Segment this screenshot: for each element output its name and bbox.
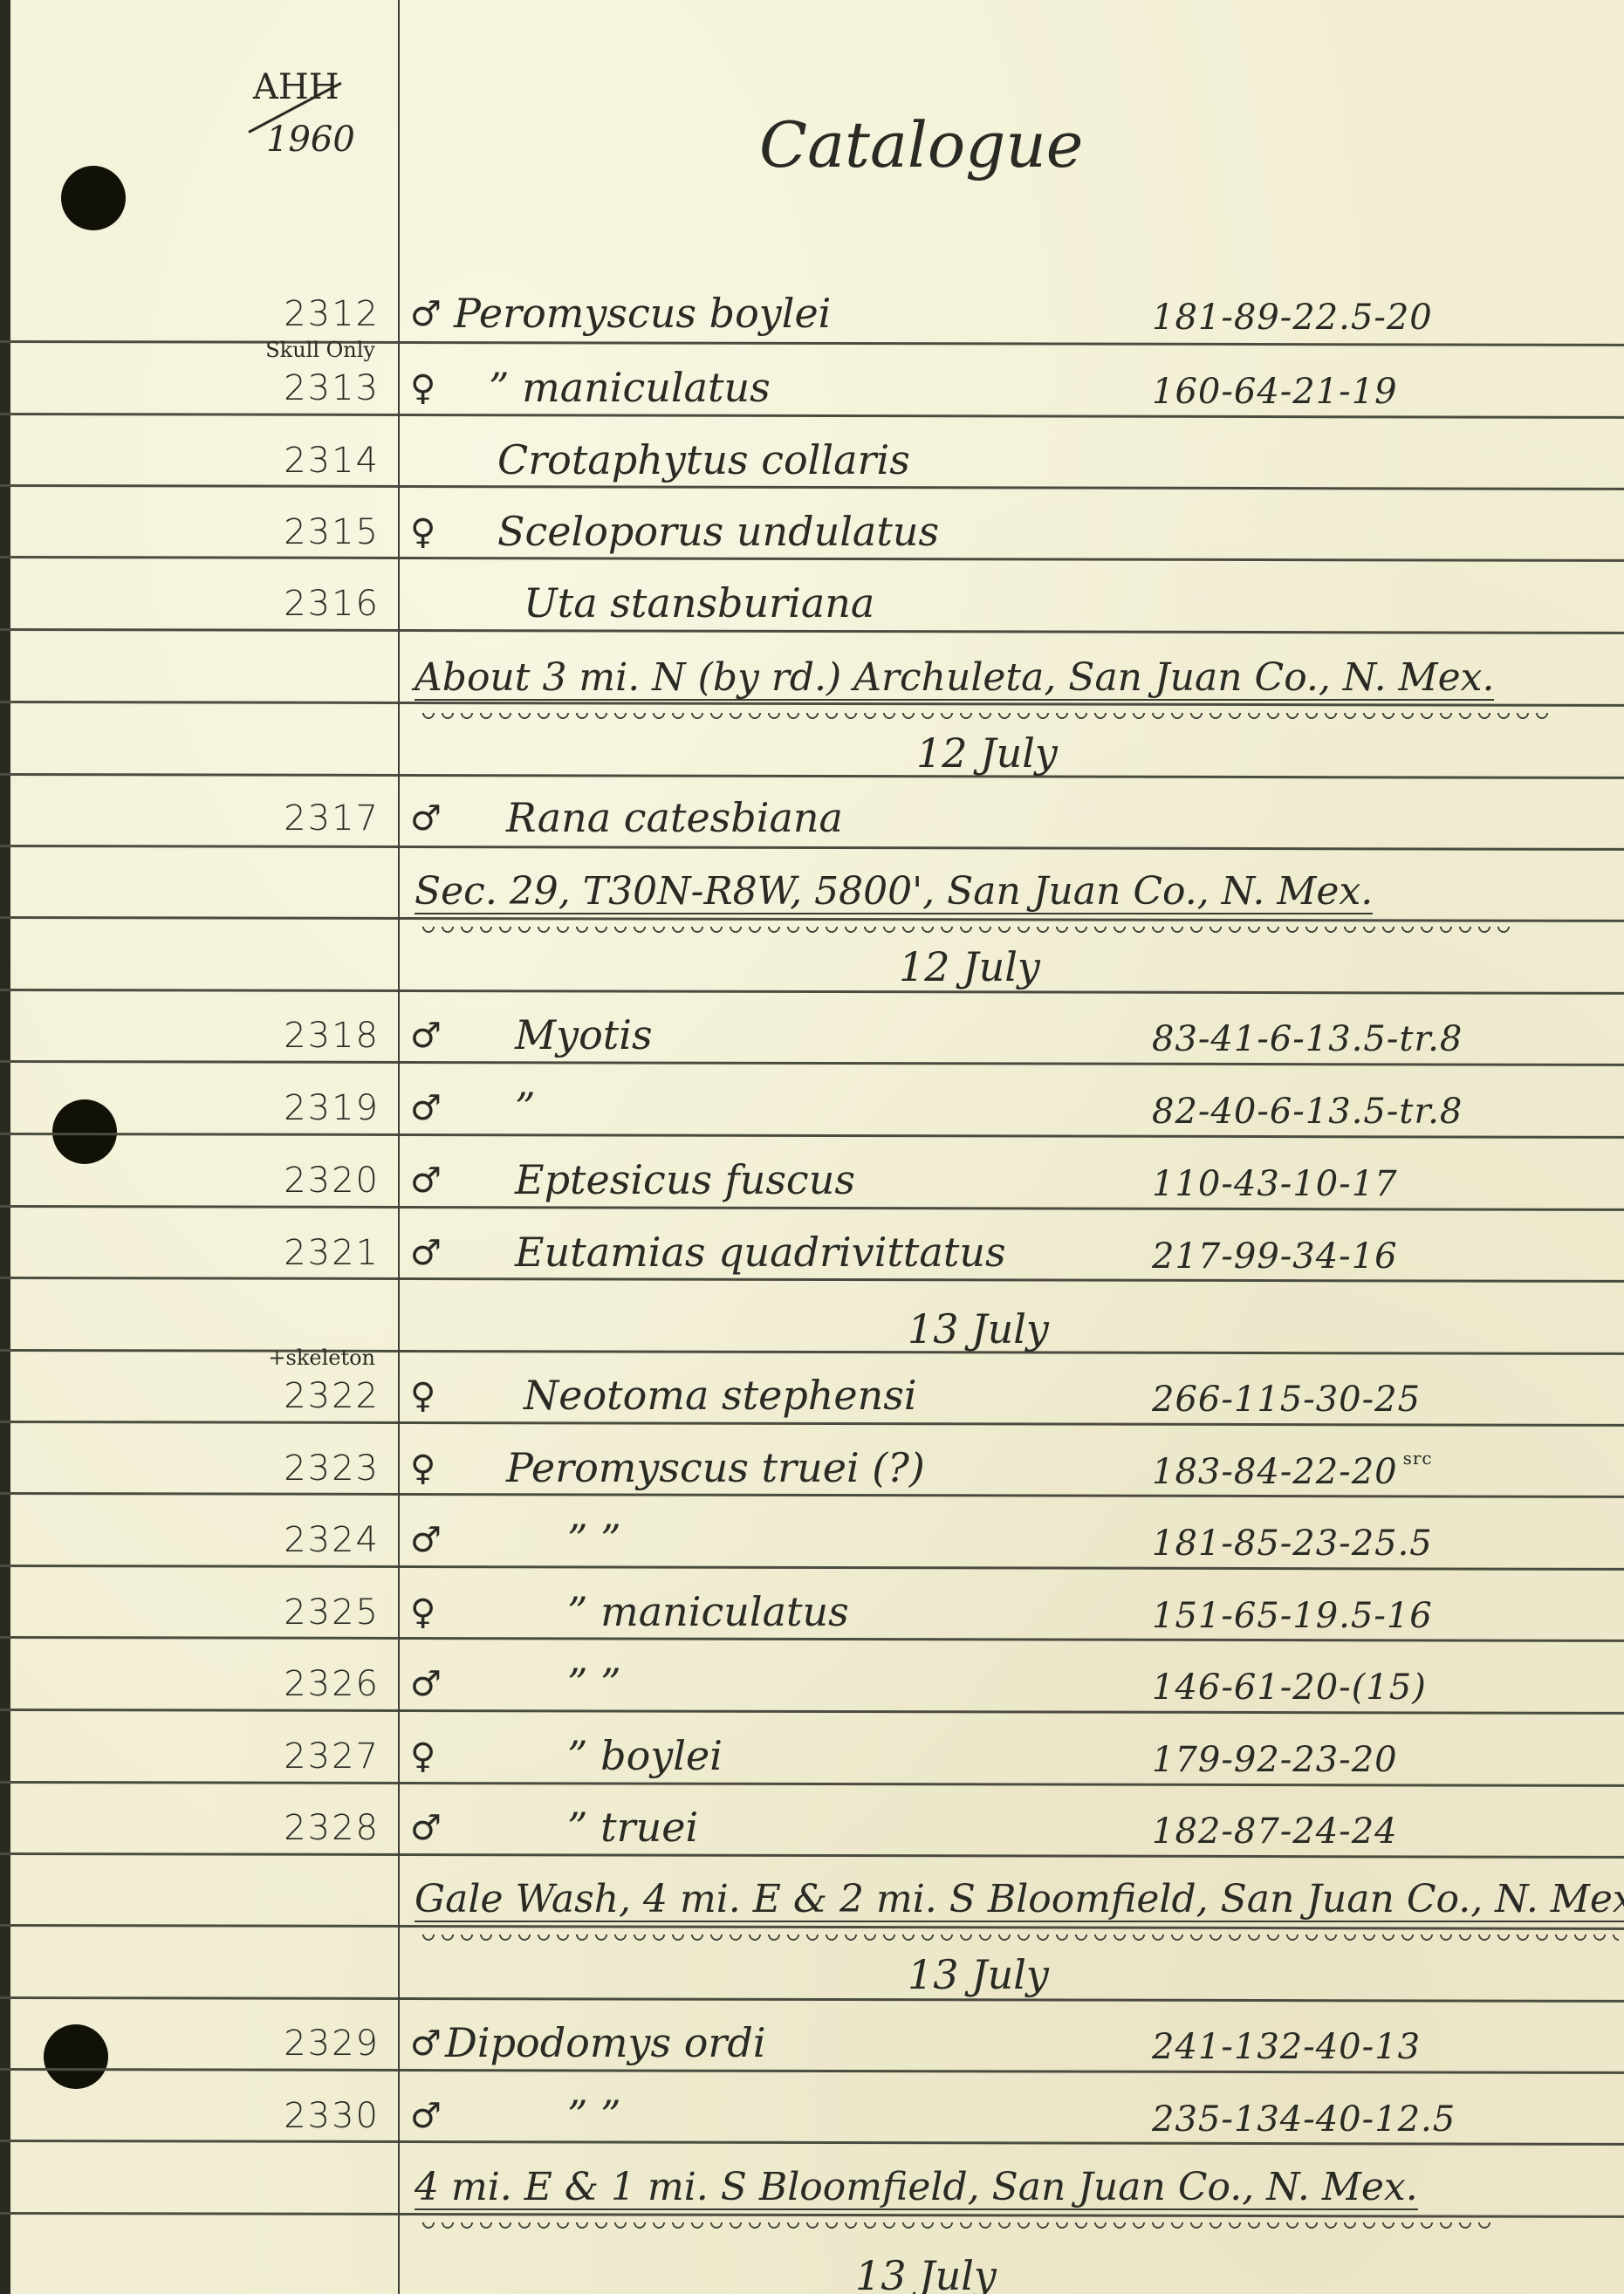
ruled-line [0, 1060, 1624, 1066]
male-symbol-icon: ♂ [410, 1163, 442, 1198]
ruled-line [0, 1636, 1624, 1642]
ruled-line [0, 1421, 1624, 1427]
female-symbol-icon: ♀ [410, 1451, 435, 1486]
measurements: 217-99-34-16 [1152, 1239, 1398, 1274]
measurements: 266-115-30-25 [1152, 1382, 1421, 1417]
measurements: 235-134-40-12.5 [1152, 2102, 1456, 2137]
measurements: 182-87-24-24 [1152, 1814, 1398, 1849]
punch-hole [52, 1099, 117, 1164]
catalogue-number: 2319 [192, 1091, 380, 1126]
catalogue-number: 2314 [192, 443, 380, 478]
female-symbol-icon: ♀ [410, 1379, 435, 1414]
catalogue-number: 2325 [192, 1595, 380, 1630]
catalogue-number: 2312 [192, 297, 380, 332]
male-symbol-icon: ♂ [410, 1236, 442, 1270]
species-name: ” [515, 1087, 536, 1127]
species-name: ” boylei [567, 1736, 723, 1776]
punch-hole [61, 166, 126, 230]
female-symbol-icon: ♀ [410, 515, 435, 550]
catalogue-number: 2318 [192, 1018, 380, 1053]
ruled-line [0, 484, 1624, 490]
catalogue-number: 2327 [192, 1739, 380, 1774]
collection-date: 13 July [908, 1955, 1049, 1995]
ruled-line [0, 413, 1624, 419]
catalogue-number: 2315 [192, 515, 380, 550]
species-name: ” ” [567, 1519, 621, 1559]
ruled-line [0, 2212, 1624, 2218]
species-name: ” maniculatus [489, 367, 771, 407]
wavy-underline [419, 713, 1553, 725]
measurements: 241-132-40-13 [1152, 2030, 1421, 2065]
wavy-underline [419, 927, 1510, 939]
catalogue-number: 2328 [192, 1811, 380, 1845]
ruled-line [0, 556, 1624, 562]
catalogue-number: 2316 [192, 586, 380, 621]
measurements: 83-41-6-13.5-tr.8 [1152, 1022, 1463, 1057]
species-name: Eptesicus fuscus [515, 1160, 855, 1200]
margin-line [398, 0, 400, 2294]
ruled-line [0, 1924, 1624, 1930]
ruled-line [0, 701, 1624, 707]
male-symbol-icon: ♂ [410, 801, 442, 836]
catalogue-number: 2323 [192, 1451, 380, 1486]
male-symbol-icon: ♂ [410, 1811, 442, 1845]
species-name: Peromyscus boylei [454, 293, 831, 333]
catalogue-number: 2313 [192, 371, 380, 406]
species-name: Neotoma stephensi [524, 1375, 917, 1415]
catalogue-number: 2330 [192, 2099, 380, 2133]
ruled-line [0, 1565, 1624, 1571]
wavy-underline [419, 1934, 1619, 1947]
male-symbol-icon: ♂ [410, 1091, 442, 1126]
ruled-line [0, 1492, 1624, 1498]
collection-date: 12 July [899, 947, 1040, 987]
ruled-line [0, 628, 1624, 634]
ruled-line [0, 1996, 1624, 2003]
wavy-underline [419, 2222, 1492, 2235]
measurements: 181-89-22.5-20 [1152, 300, 1433, 335]
male-symbol-icon: ♂ [410, 297, 442, 332]
measurements: 82-40-6-13.5-tr.8 [1152, 1094, 1463, 1129]
species-name: Eutamias quadrivittatus [515, 1232, 1006, 1272]
species-name: Rana catesbiana [506, 798, 843, 838]
catalogue-number: 2320 [192, 1163, 380, 1198]
ruled-line [0, 1781, 1624, 1787]
ruled-line [0, 845, 1624, 851]
species-name: ” truei [567, 1807, 698, 1847]
species-name: ” ” [567, 1663, 621, 1703]
locality-text: About 3 mi. N (by rd.) Archuleta, San Ju… [415, 659, 1494, 701]
page-edge [0, 0, 10, 2294]
ruled-line [0, 2140, 1624, 2146]
species-name: Peromyscus truei (?) [506, 1448, 925, 1488]
ruled-line [0, 989, 1624, 995]
punch-hole [44, 2024, 108, 2089]
female-symbol-icon: ♀ [410, 1595, 435, 1630]
catalogue-number: 2322 [192, 1379, 380, 1414]
catalogue-number: 2321 [192, 1236, 380, 1270]
ruled-line [0, 1852, 1624, 1859]
collection-date: 13 July [855, 2256, 997, 2294]
collection-date: 12 July [916, 733, 1058, 773]
measurements: 183-84-22-20src [1152, 1455, 1433, 1489]
female-symbol-icon: ♀ [410, 371, 435, 406]
entry-note: +skeleton [201, 1347, 375, 1368]
ruled-line [0, 1133, 1624, 1139]
measurements: 179-92-23-20 [1152, 1743, 1398, 1777]
species-name: Uta stansburiana [524, 583, 874, 623]
entry-note: Skull Only [201, 339, 375, 360]
catalogue-number: 2326 [192, 1667, 380, 1702]
species-name: ” maniculatus [567, 1592, 849, 1632]
species-name: ” ” [567, 2095, 621, 2135]
male-symbol-icon: ♂ [410, 2026, 442, 2061]
measurement-note: src [1403, 1448, 1433, 1469]
locality-text: 4 mi. E & 1 mi. S Bloomfield, San Juan C… [415, 2168, 1418, 2210]
ruled-line [0, 916, 1624, 922]
ruled-line [0, 773, 1624, 779]
male-symbol-icon: ♂ [410, 2099, 442, 2133]
female-symbol-icon: ♀ [410, 1739, 435, 1774]
measurements: 110-43-10-17 [1152, 1167, 1398, 1202]
species-name: Sceloporus undulatus [497, 511, 939, 551]
ruled-line [0, 1277, 1624, 1283]
ruled-line [0, 1205, 1624, 1211]
notebook-page: AHH 1960 Catalogue 2312♂Peromyscus boyle… [0, 0, 1624, 2294]
catalogue-year: 1960 [266, 122, 355, 157]
male-symbol-icon: ♂ [410, 1523, 442, 1558]
measurements: 160-64-21-19 [1152, 374, 1398, 409]
locality-text: Sec. 29, T30N-R8W, 5800', San Juan Co., … [415, 873, 1373, 914]
locality-text: Gale Wash, 4 mi. E & 2 mi. S Bloomfield,… [415, 1880, 1624, 1922]
catalogue-number: 2329 [192, 2026, 380, 2061]
species-name: Myotis [515, 1015, 653, 1055]
author-initials: AHH [253, 70, 339, 105]
collection-date: 13 July [908, 1309, 1049, 1349]
measurements: 146-61-20-(15) [1152, 1670, 1427, 1705]
male-symbol-icon: ♂ [410, 1018, 442, 1053]
catalogue-number: 2324 [192, 1523, 380, 1558]
male-symbol-icon: ♂ [410, 1667, 442, 1702]
page-title: Catalogue [759, 113, 1083, 176]
species-name: Dipodomys ordi [445, 2023, 766, 2063]
catalogue-number: 2317 [192, 801, 380, 836]
ruled-line [0, 2068, 1624, 2074]
measurements: 151-65-19.5-16 [1152, 1599, 1433, 1633]
measurements: 181-85-23-25.5 [1152, 1526, 1433, 1561]
ruled-line [0, 1709, 1624, 1715]
species-name: Crotaphytus collaris [497, 440, 910, 480]
